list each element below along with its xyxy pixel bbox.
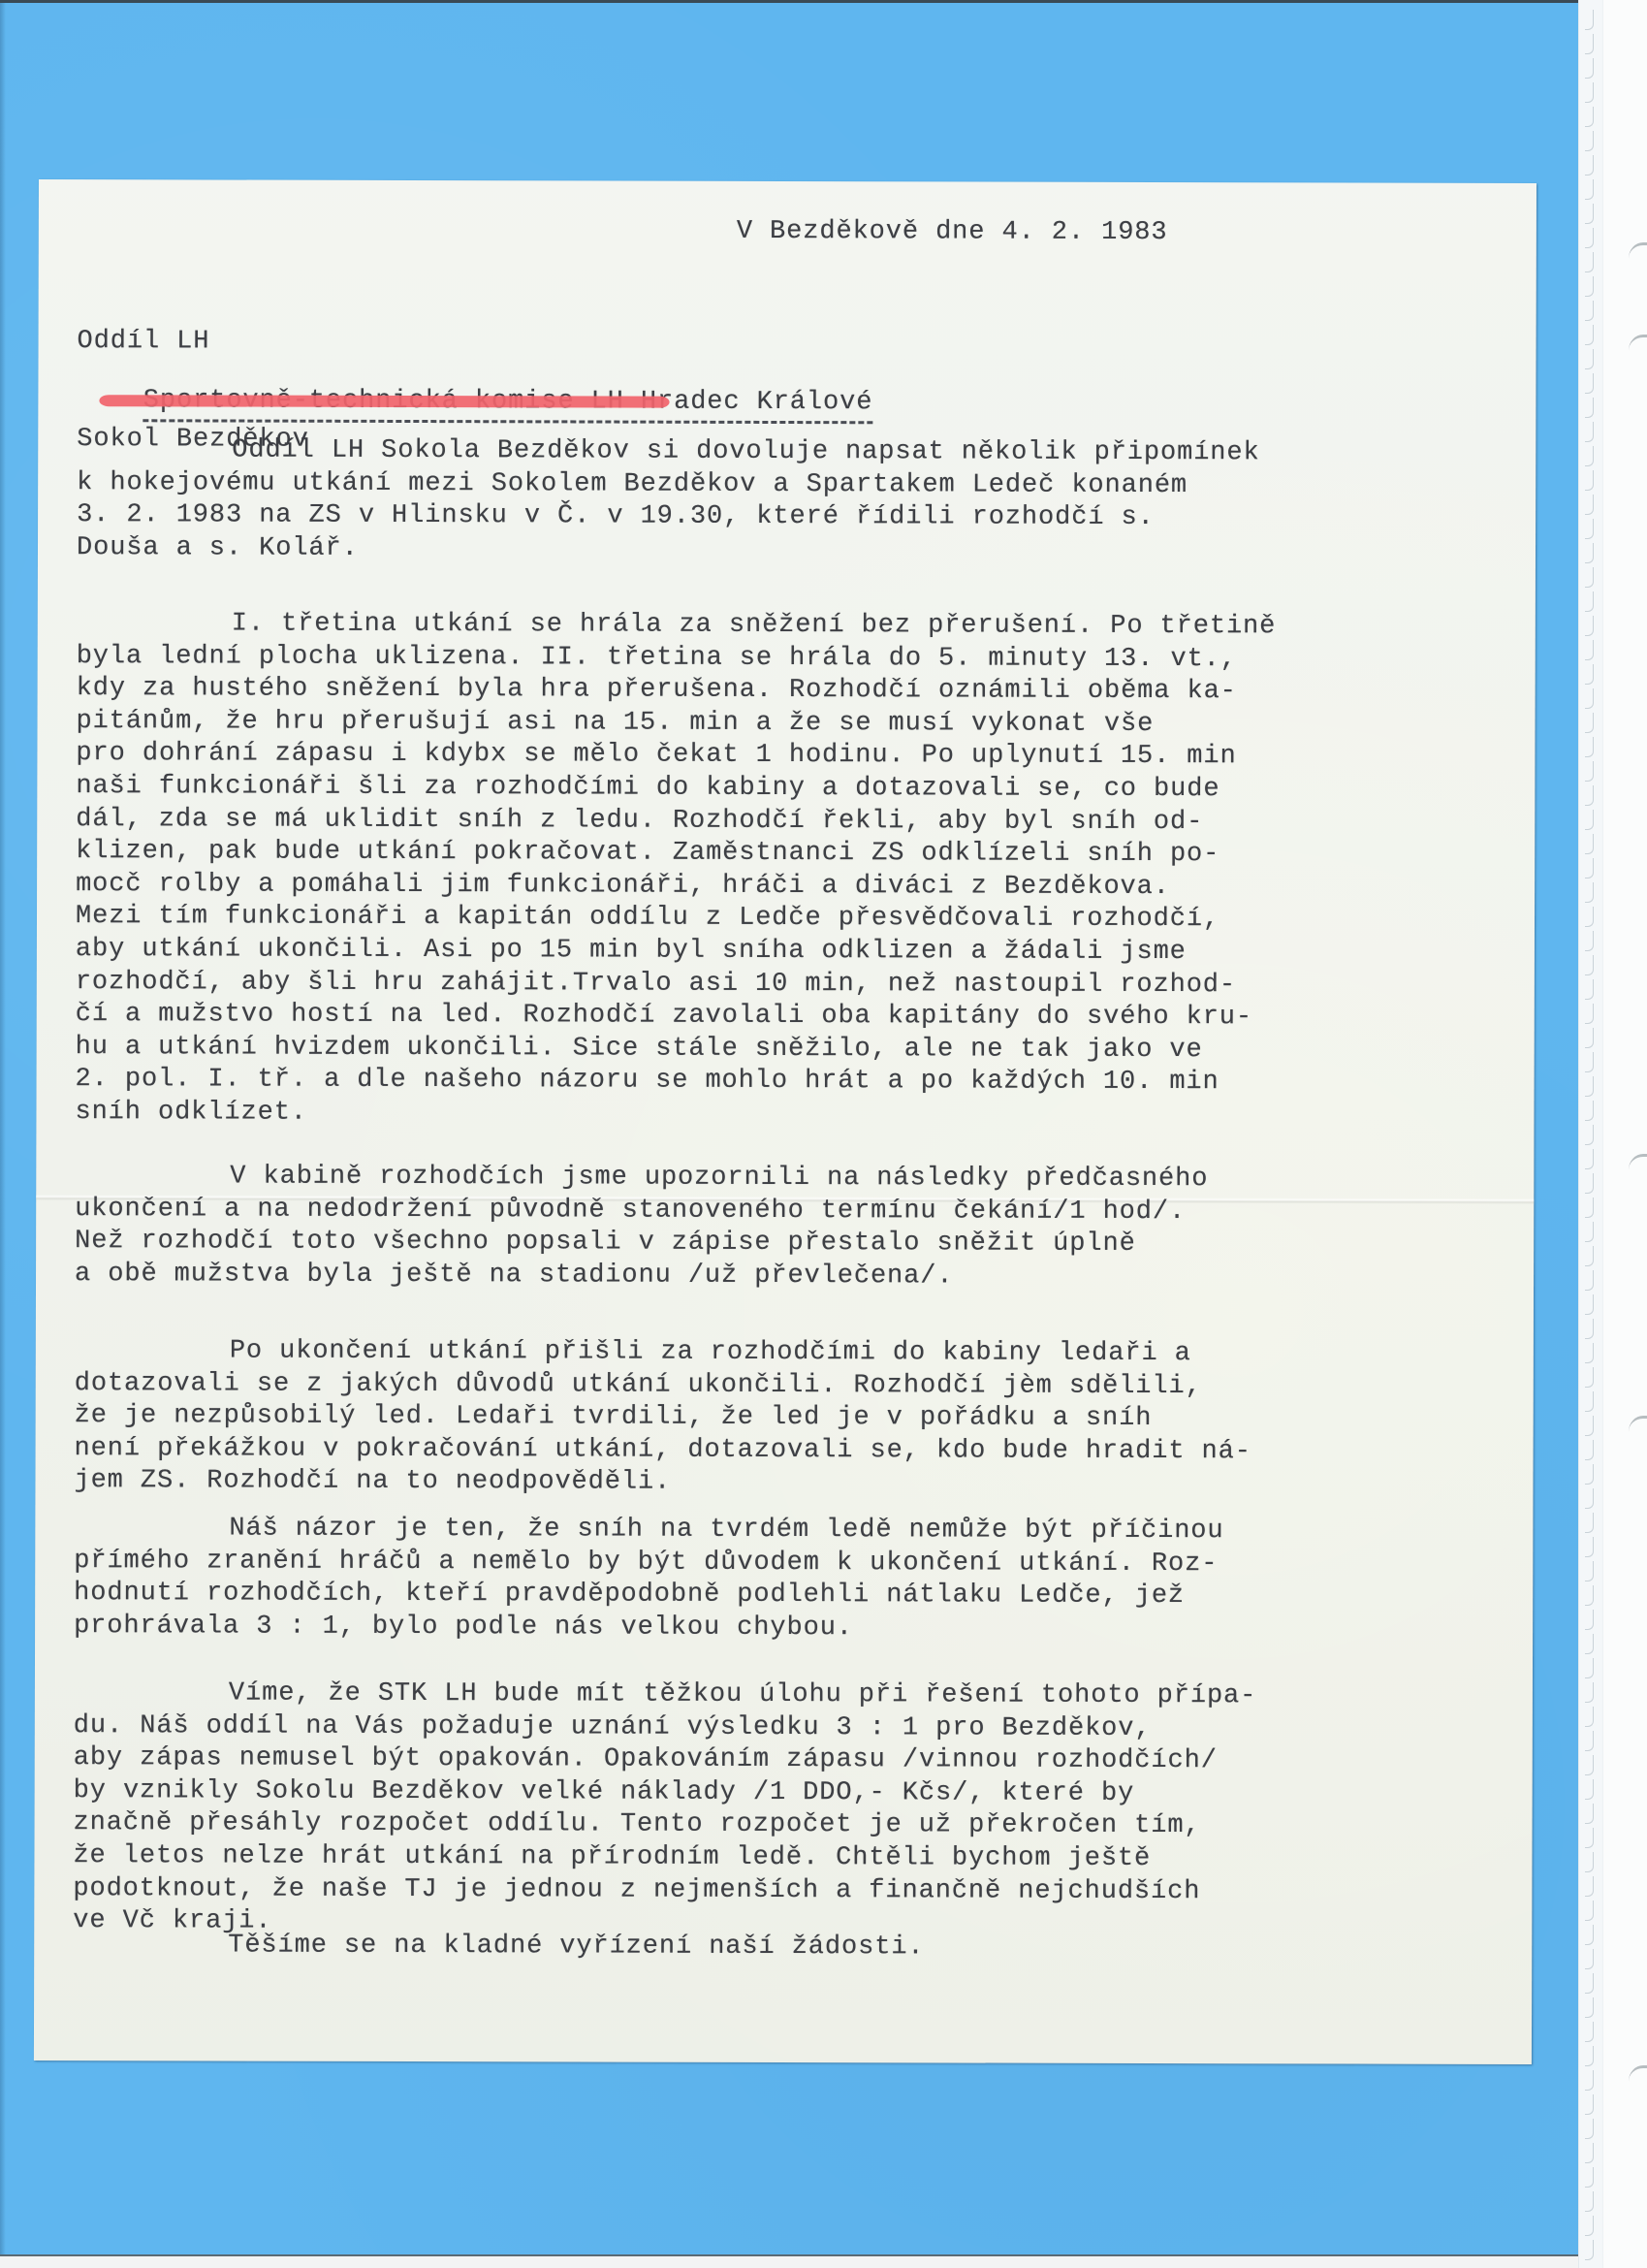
perforation-mark bbox=[1585, 1876, 1594, 1897]
perforation-mark bbox=[1585, 785, 1594, 806]
letter-text-line: Oddíl LH Sokola Bezděkov si dovoluje nap… bbox=[77, 434, 1511, 470]
perforation-mark bbox=[1585, 1634, 1594, 1654]
letter-text-line: Mezi tím funkcionáři a kapitán oddílu z … bbox=[76, 901, 1510, 937]
letter-text-line: dotazovali se z jakých důvodů utkání uko… bbox=[75, 1368, 1509, 1404]
perforation-mark bbox=[1585, 2143, 1594, 2163]
letter-text-line: a obě mužstva byla ještě na stadionu /už… bbox=[75, 1259, 1509, 1294]
perforation-mark bbox=[1585, 1222, 1594, 1242]
sheet-protector-perforated-strip bbox=[1578, 0, 1603, 2268]
perforation-mark bbox=[1585, 1973, 1594, 1994]
binder-hole-icon bbox=[1629, 2065, 1647, 2097]
perforation-mark bbox=[1585, 1610, 1594, 1630]
perforation-mark bbox=[1585, 325, 1594, 345]
letter-text-line: jem ZS. Rozhodčí na to neodpověděli. bbox=[74, 1465, 1508, 1501]
perforation-mark bbox=[1585, 1367, 1594, 1388]
letter-text-line: dál, zda se má uklidit sníh z ledu. Rozh… bbox=[76, 804, 1510, 840]
perforation-mark bbox=[1585, 543, 1594, 563]
letter-text-line: pro dohrání zápasu i kdybx se mělo čekat… bbox=[76, 738, 1510, 774]
perforation-mark bbox=[1585, 2119, 1594, 2139]
backing-left-shadow bbox=[0, 3, 6, 2254]
perforation-mark bbox=[1585, 1925, 1594, 1945]
perforation-mark bbox=[1585, 204, 1594, 224]
perforation-mark bbox=[1585, 1464, 1594, 1485]
perforation-mark bbox=[1585, 1343, 1594, 1363]
perforation-mark bbox=[1585, 1149, 1594, 1169]
letter-text-line: byla lední plocha uklizena. II. třetina … bbox=[77, 641, 1511, 677]
perforation-mark bbox=[1585, 276, 1594, 297]
perforation-mark bbox=[1585, 2191, 1594, 2212]
perforation-mark bbox=[1585, 858, 1594, 878]
perforation-mark bbox=[1585, 2022, 1594, 2042]
perforation-mark bbox=[1585, 1488, 1594, 1509]
letter-text-line: Náš názor je ten, že sníh na tvrdém ledě… bbox=[74, 1513, 1508, 1549]
perforation-mark bbox=[1585, 810, 1594, 830]
perforation-mark bbox=[1585, 1707, 1594, 1727]
perforation-mark bbox=[1585, 2240, 1594, 2260]
perforation-mark bbox=[1585, 107, 1594, 127]
letter-text-line: kdy za hustého sněžení byla hra přerušen… bbox=[77, 673, 1511, 709]
perforation-mark bbox=[1585, 34, 1594, 54]
perforation-mark bbox=[1585, 495, 1594, 515]
perforation-mark bbox=[1585, 1585, 1594, 1606]
binder-hole-icon bbox=[1629, 1154, 1647, 1186]
perforation-mark bbox=[1585, 179, 1594, 200]
perforation-mark bbox=[1585, 2094, 1594, 2115]
perforation-mark bbox=[1585, 713, 1594, 733]
perforation-mark bbox=[1585, 422, 1594, 442]
letter-text-line: Po ukončení utkání přišli za rozhodčími … bbox=[75, 1335, 1509, 1371]
paragraph-ice-staff: Po ukončení utkání přišli za rozhodčími … bbox=[74, 1335, 1508, 1502]
perforation-mark bbox=[1585, 1246, 1594, 1266]
letter-text-line: du. Náš oddíl na Vás požaduje uznání výs… bbox=[74, 1710, 1508, 1746]
perforation-mark bbox=[1585, 1319, 1594, 1339]
perforation-mark bbox=[1585, 252, 1594, 272]
letter-text-line: že je nezpůsobilý led. Ledaři tvrdili, ž… bbox=[75, 1400, 1509, 1436]
perforation-mark bbox=[1585, 882, 1594, 903]
paragraph-match-events: I. třetina utkání se hrála za sněžení be… bbox=[75, 608, 1510, 1133]
perforation-mark bbox=[1585, 688, 1594, 709]
perforation-mark bbox=[1585, 567, 1594, 588]
letter-text-line: hu a utkání hvizdem ukončili. Sice stále… bbox=[76, 1032, 1510, 1068]
perforation-mark bbox=[1585, 979, 1594, 1000]
letter-text-line: by vznikly Sokolu Bezděkov velké náklady… bbox=[74, 1775, 1508, 1811]
letter-text-line: Než rozhodčí toto všechno popsali v zápi… bbox=[75, 1226, 1509, 1262]
perforation-mark bbox=[1585, 58, 1594, 79]
binder-hole-icon bbox=[1629, 1416, 1647, 1448]
perforation-mark bbox=[1585, 1440, 1594, 1460]
scan-bottom-edge bbox=[0, 2254, 1590, 2268]
perforation-mark bbox=[1585, 1779, 1594, 1800]
perforation-mark bbox=[1585, 1101, 1594, 1121]
letter-text-line: Douša a s. Kolář. bbox=[77, 532, 1511, 568]
perforation-mark bbox=[1585, 2167, 1594, 2188]
letter-text-line: I. třetina utkání se hrála za sněžení be… bbox=[77, 608, 1511, 644]
paragraph-request: Víme, že STK LH bude mít těžkou úlohu př… bbox=[73, 1677, 1508, 1942]
perforation-mark bbox=[1585, 1391, 1594, 1412]
red-marker-underline bbox=[99, 395, 669, 408]
letter-text-line: sníh odklízet. bbox=[75, 1097, 1509, 1133]
perforation-mark bbox=[1585, 591, 1594, 612]
perforation-mark bbox=[1585, 1076, 1594, 1097]
perforation-mark bbox=[1585, 1028, 1594, 1048]
letter-text-line: prohrávala 3 : 1, bylo podle nás velkou … bbox=[74, 1611, 1508, 1646]
perforation-mark bbox=[1585, 228, 1594, 248]
letter-text-line: rozhodčí, aby šli hru zahájit.Trvalo asi… bbox=[76, 967, 1510, 1003]
letter-text-line: V kabině rozhodčích jsme upozornili na n… bbox=[75, 1161, 1509, 1197]
letter-text-line: podotknout, že naše TJ je jednou z nejme… bbox=[73, 1873, 1507, 1909]
perforation-mark bbox=[1585, 1828, 1594, 1848]
perforation-mark bbox=[1585, 1198, 1594, 1218]
letter-text-line: 2. pol. I. tř. a dle našeho názoru se mo… bbox=[76, 1064, 1510, 1100]
perforation-mark bbox=[1585, 349, 1594, 369]
perforation-mark bbox=[1585, 1125, 1594, 1145]
perforation-mark bbox=[1585, 1513, 1594, 1533]
perforation-mark bbox=[1585, 1755, 1594, 1775]
letter-text-line: není překážkou v pokračování utkání, dot… bbox=[75, 1433, 1509, 1469]
perforation-mark bbox=[1585, 1537, 1594, 1557]
perforation-mark bbox=[1585, 373, 1594, 394]
paragraph-opinion: Náš názor je ten, že sníh na tvrdém ledě… bbox=[74, 1513, 1508, 1646]
perforation-mark bbox=[1585, 616, 1594, 636]
perforation-mark bbox=[1585, 931, 1594, 951]
letter-text-line: 3. 2. 1983 na ZS v Hlinsku v Č. v 19.30,… bbox=[77, 499, 1511, 535]
perforation-mark bbox=[1585, 2070, 1594, 2091]
letter-text-line: klizen, pak bude utkání pokračovat. Zamě… bbox=[76, 836, 1510, 872]
perforation-mark bbox=[1585, 519, 1594, 539]
perforation-mark bbox=[1585, 664, 1594, 685]
perforation-mark bbox=[1585, 1270, 1594, 1291]
letter-text-line: ukončení a na nedodržení původně stanove… bbox=[75, 1194, 1509, 1230]
perforation-mark bbox=[1585, 1852, 1594, 1872]
perforation-mark bbox=[1585, 1901, 1594, 1921]
perforation-mark bbox=[1585, 470, 1594, 491]
perforation-mark bbox=[1585, 1173, 1594, 1194]
letter-text-line: že letos nelze hrát utkání na přírodním … bbox=[73, 1840, 1507, 1876]
perforation-mark bbox=[1585, 1416, 1594, 1436]
letter-text-line: čí a mužstvo hostí na led. Rozhodčí zavo… bbox=[76, 999, 1510, 1035]
perforation-mark bbox=[1585, 1294, 1594, 1315]
perforation-mark bbox=[1585, 834, 1594, 854]
letter-text-line: pitánům, že hru přerušují asi na 15. min… bbox=[76, 706, 1510, 742]
perforation-mark bbox=[1585, 761, 1594, 782]
paragraph-referee-cabin: V kabině rozhodčích jsme upozornili na n… bbox=[75, 1161, 1509, 1294]
perforation-mark bbox=[1585, 1004, 1594, 1024]
perforation-mark bbox=[1585, 131, 1594, 151]
letter-text-line: mocč rolby a pomáhali jim funkcionáři, h… bbox=[76, 869, 1510, 905]
typewritten-letter: V Bezděkově dne 4. 2. 1983 Oddíl LH Soko… bbox=[34, 179, 1536, 2064]
perforation-mark bbox=[1585, 1949, 1594, 1969]
perforation-mark bbox=[1585, 1804, 1594, 1824]
perforation-mark bbox=[1585, 2216, 1594, 2236]
perforation-mark bbox=[1585, 737, 1594, 757]
letter-text-line: naši funkcionáři šli za rozhodčími do ka… bbox=[76, 771, 1510, 807]
letter-text-line: Víme, že STK LH bude mít těžkou úlohu př… bbox=[74, 1677, 1508, 1713]
perforation-mark bbox=[1585, 82, 1594, 103]
perforation-mark bbox=[1585, 1997, 1594, 2018]
paragraph-intro: Oddíl LH Sokola Bezděkov si dovoluje nap… bbox=[77, 434, 1511, 568]
perforation-mark bbox=[1585, 398, 1594, 418]
binder-hole-icon bbox=[1629, 335, 1647, 367]
binder-hole-icon bbox=[1629, 242, 1647, 274]
perforation-mark bbox=[1585, 1731, 1594, 1751]
perforation-mark bbox=[1585, 640, 1594, 660]
letter-text-line: aby zápas nemusel být opakován. Opakován… bbox=[74, 1742, 1508, 1778]
perforation-mark bbox=[1585, 907, 1594, 927]
perforation-mark bbox=[1585, 955, 1594, 975]
perforation-mark bbox=[1585, 446, 1594, 466]
perforation-mark bbox=[1585, 301, 1594, 321]
perforation-mark bbox=[1585, 10, 1594, 30]
letter-text-line: Těšíme se na kladné vyřízení naší žádost… bbox=[73, 1930, 1507, 1965]
letter-text-line: aby utkání ukončili. Asi po 15 min byl s… bbox=[76, 934, 1510, 970]
perforation-mark bbox=[1585, 155, 1594, 176]
perforation-mark bbox=[1585, 1682, 1594, 1703]
letter-text-line: přímého zranění hráčů a nemělo by být dů… bbox=[74, 1546, 1508, 1581]
letter-text-line: hodnutí rozhodčích, kteří pravděpodobně … bbox=[74, 1578, 1508, 1613]
perforation-mark bbox=[1585, 1561, 1594, 1581]
letter-text-line: značně přesáhly rozpočet oddílu. Tento r… bbox=[74, 1807, 1508, 1843]
perforation-mark bbox=[1585, 1052, 1594, 1072]
perforation-mark bbox=[1585, 2046, 1594, 2066]
paragraph-closing: Těšíme se na kladné vyřízení naší žádost… bbox=[73, 1930, 1507, 1965]
perforation-mark bbox=[1585, 1658, 1594, 1678]
letter-date-line: V Bezděkově dne 4. 2. 1983 bbox=[737, 216, 1168, 250]
letter-text-line: k hokejovému utkání mezi Sokolem Bezděko… bbox=[77, 467, 1511, 503]
